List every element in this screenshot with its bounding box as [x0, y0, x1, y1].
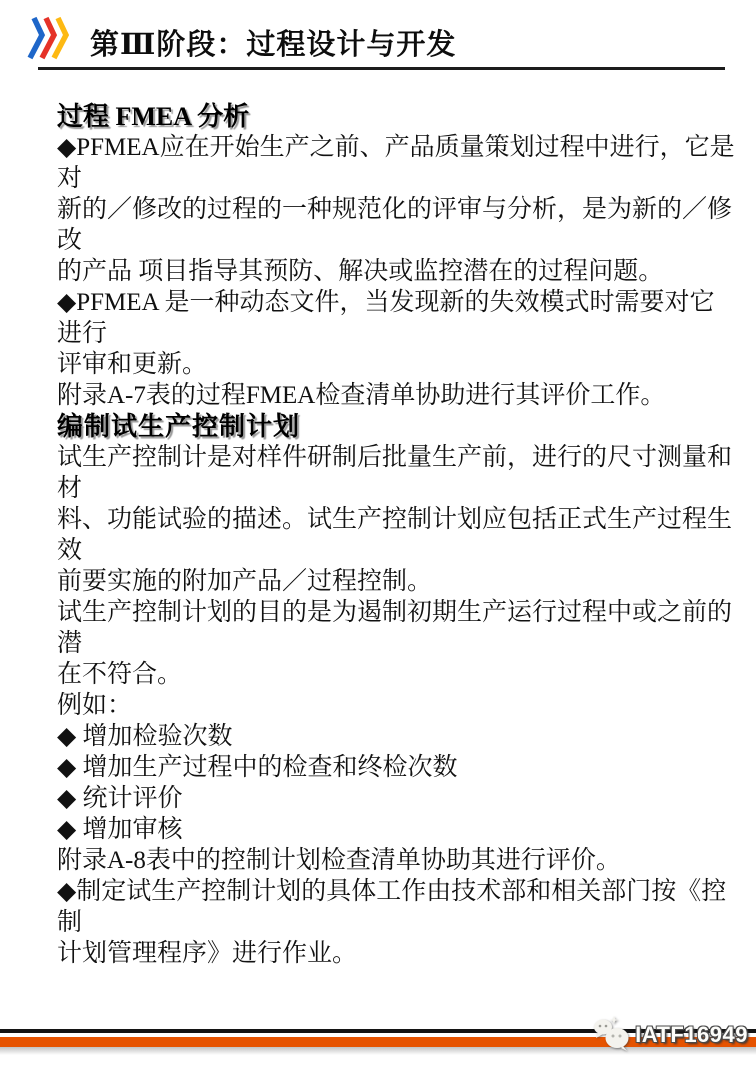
paragraph-control-plan-1: 试生产控制计是对样件研制后批量生产前，进行的尺寸测量和材 料、功能试验的描述。试… [57, 442, 739, 597]
wechat-icon [592, 1014, 632, 1057]
example-label: 例如： [57, 690, 739, 721]
bullet-item: ◆ 增加检验次数 [57, 721, 739, 752]
footer-brand: IATF16949 [592, 1015, 748, 1055]
paragraph-pfmea-1: ◆PFMEA应在开始生产之前、产品质量策划过程中进行，它是对 新的／修改的过程的… [57, 132, 739, 287]
paragraph-appendix-a8: 附录A-8表中的控制计划检查清单协助其进行评价。 [57, 845, 739, 876]
paragraph-closing: ◆制定试生产控制计划的具体工作由技术部和相关部门按《控制 计划管理程序》进行作业… [57, 876, 739, 969]
brand-chevrons-icon [27, 15, 69, 61]
paragraph-control-plan-2: 试生产控制计划的目的是为遏制初期生产运行过程中或之前的潜 在不符合。 [57, 597, 739, 690]
paragraph-pfmea-2: ◆PFMEA 是一种动态文件，当发现新的失效模式时需要对它进行 评审和更新。 [57, 287, 739, 380]
bullet-item: ◆ 统计评价 [57, 783, 739, 814]
header-divider [38, 67, 725, 70]
section-heading-pfmea: 过程 FMEA 分析 [57, 101, 739, 132]
page-title: 第Ⅲ阶段：过程设计与开发 [90, 22, 456, 63]
paragraph-pfmea-appendix-a7: 附录A-7表的过程FMEA检查清单协助进行其评价工作。 [57, 380, 739, 411]
brand-text: IATF16949 [635, 1022, 748, 1048]
chevron-red [42, 18, 54, 58]
bullet-item: ◆ 增加生产过程中的检查和终检次数 [57, 752, 739, 783]
example-bullet-list: ◆ 增加检验次数 ◆ 增加生产过程中的检查和终检次数 ◆ 统计评价 ◆ 增加审核 [57, 721, 739, 845]
slide-body: 过程 FMEA 分析 ◆PFMEA应在开始生产之前、产品质量策划过程中进行，它是… [57, 101, 739, 969]
section-heading-control-plan: 编制试生产控制计划 [57, 411, 739, 442]
chevron-yellow [54, 18, 66, 58]
bullet-item: ◆ 增加审核 [57, 814, 739, 845]
chevron-blue [30, 18, 42, 58]
